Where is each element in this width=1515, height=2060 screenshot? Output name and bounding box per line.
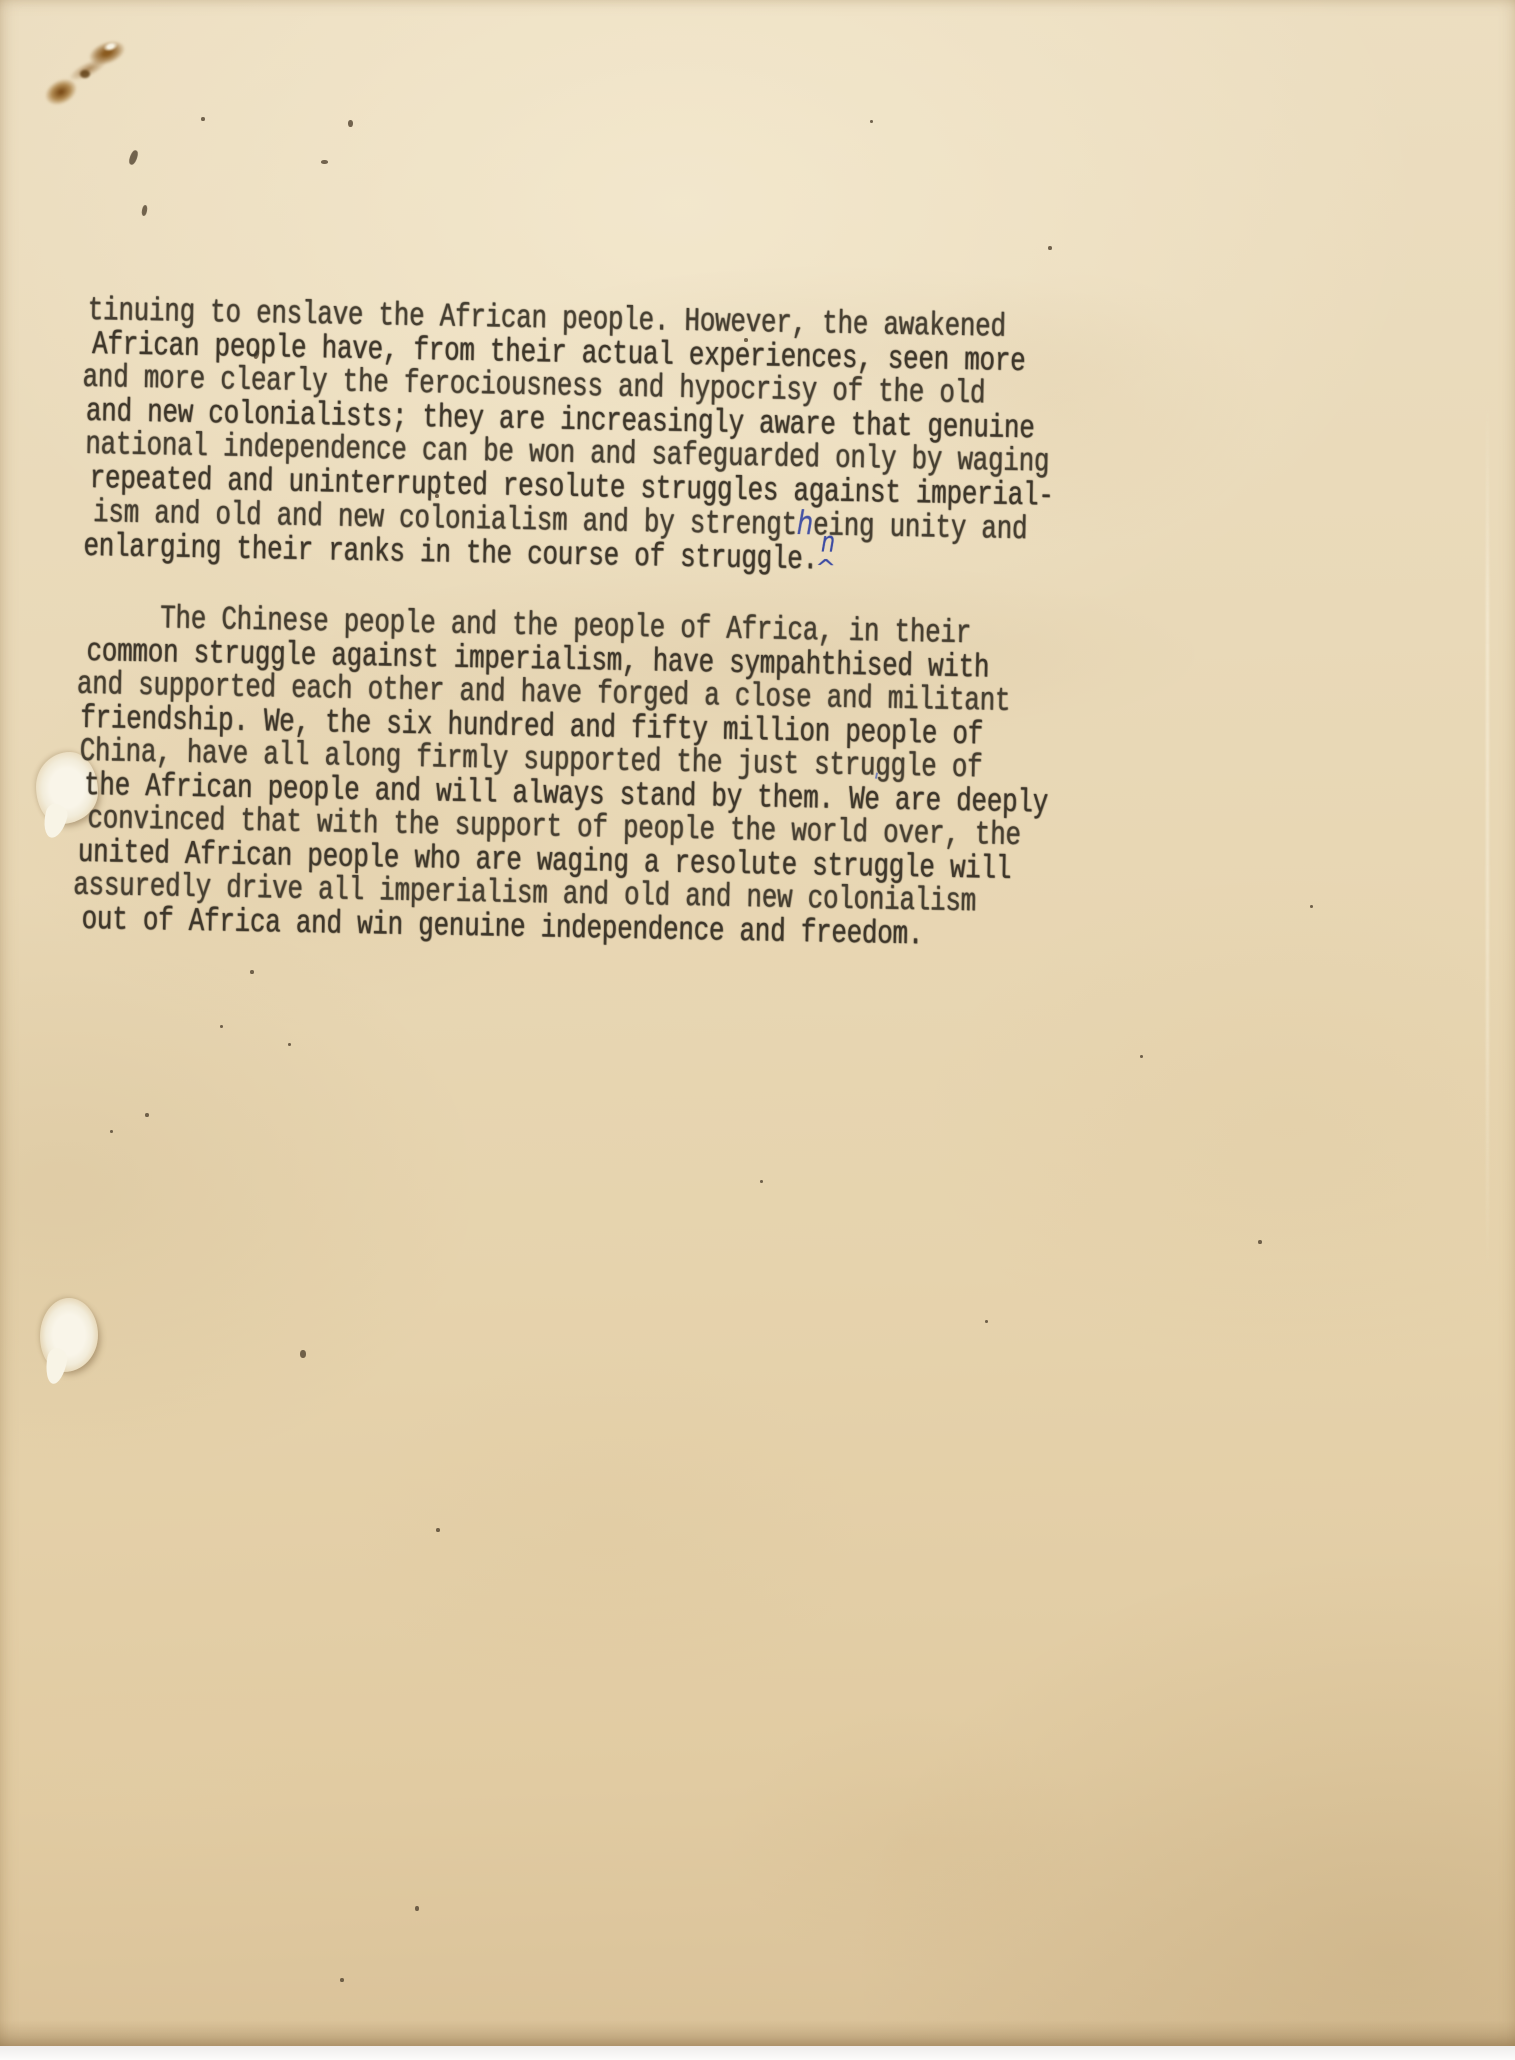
paper-speck (110, 1130, 113, 1133)
paper-speck (141, 205, 148, 217)
typewritten-text-block: tinuing to enslave the African people. H… (76, 296, 1078, 994)
paper-chip-hole (40, 1298, 98, 1372)
paper-speck (340, 1978, 344, 1982)
paper-crease (1486, 400, 1489, 1280)
scanned-document-screenshot: { "page": { "kind": "scanned typewritten… (0, 0, 1515, 2060)
paper-speck (220, 1025, 223, 1028)
paper-speck (300, 1350, 306, 1358)
scanner-background-strip (0, 2046, 1515, 2060)
paper-speck (1048, 246, 1052, 250)
paper-sheet: tinuing to enslave the African people. H… (0, 0, 1515, 2046)
paragraph: The Chinese people and the people of Afr… (76, 603, 1072, 956)
paper-speck (321, 160, 328, 164)
paper-speck (145, 1113, 149, 1117)
paper-speck (985, 1320, 988, 1323)
handwritten-insertion-mark: ^n (818, 555, 832, 568)
paper-speck (1258, 1240, 1262, 1244)
paper-speck (348, 120, 353, 127)
paper-speck (870, 120, 873, 123)
handwritten-letter: h (797, 505, 814, 544)
paper-speck (1140, 1055, 1143, 1058)
paper-speck (128, 149, 140, 165)
brown-stain-dark-speck (80, 70, 90, 78)
paper-speck (1310, 905, 1313, 908)
paper-speck (288, 1043, 291, 1046)
paper-speck (760, 1180, 763, 1183)
paper-speck (436, 1528, 440, 1532)
paper-speck (201, 117, 205, 121)
paragraph: tinuing to enslave the African people. H… (83, 296, 1078, 583)
paper-speck (415, 1906, 419, 1911)
